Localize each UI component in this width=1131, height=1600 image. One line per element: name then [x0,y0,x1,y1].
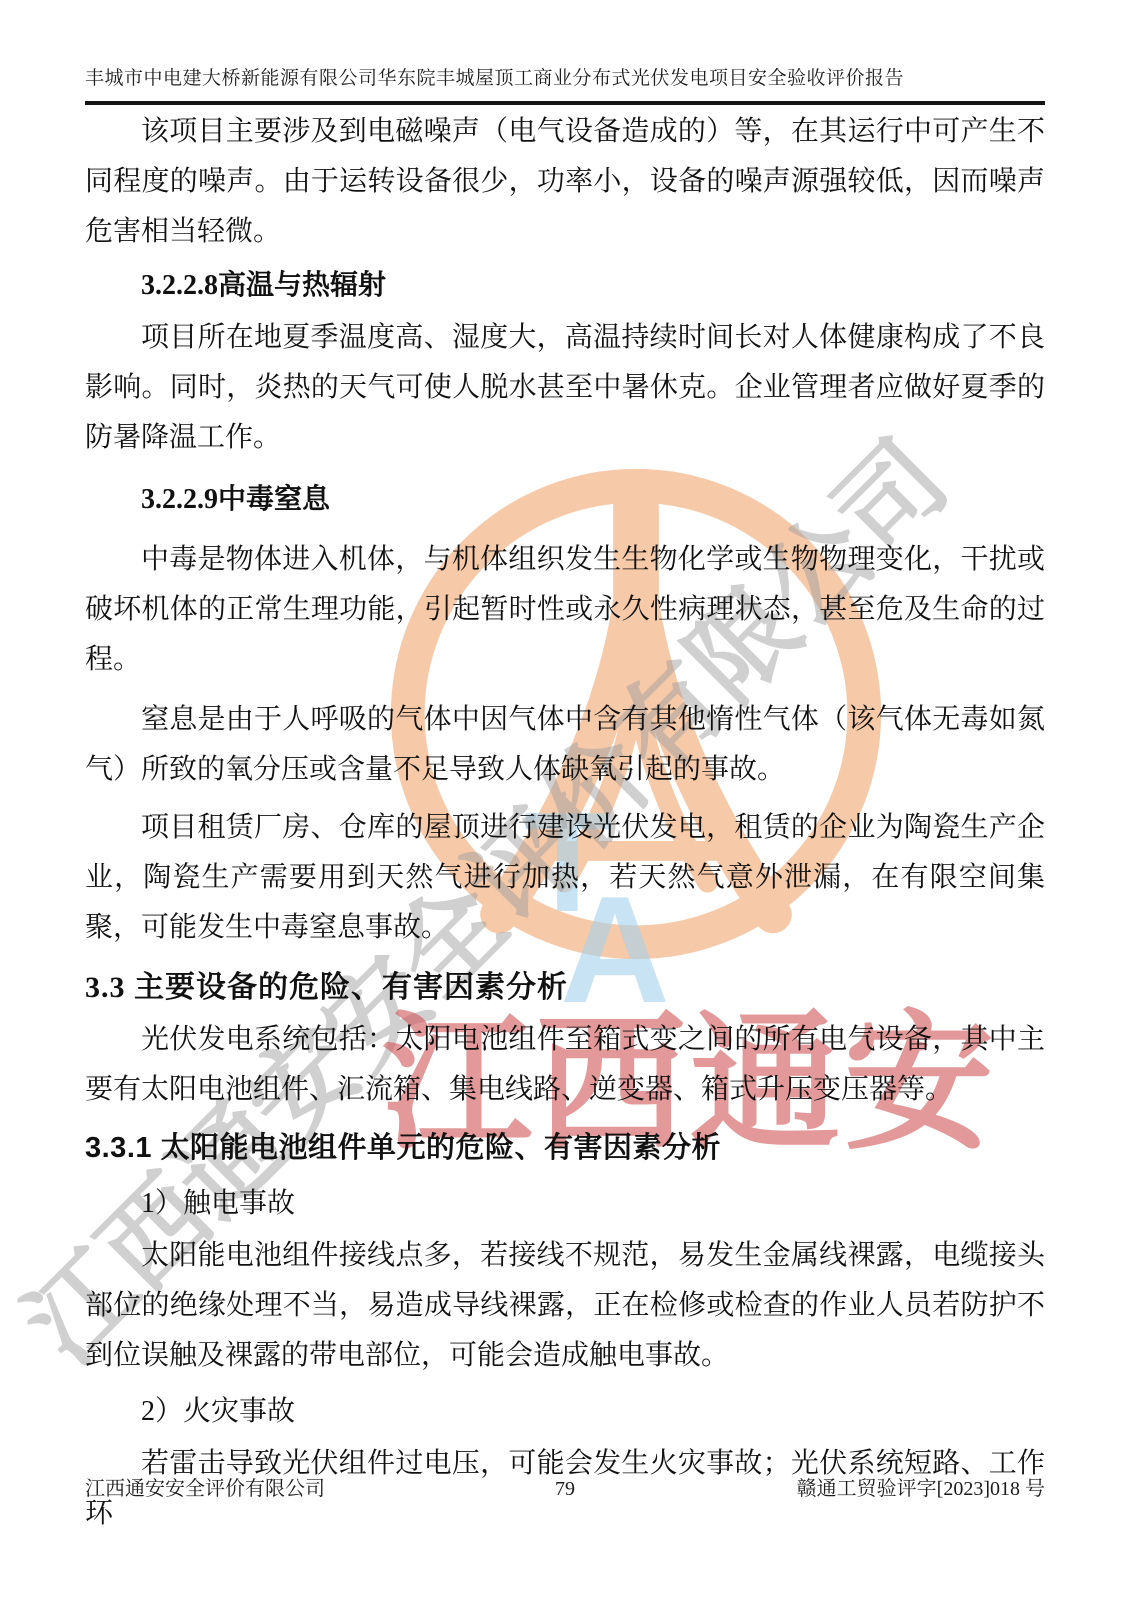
heading-3-3-equipment-hazards: 3.3 主要设备的危险、有害因素分析 [85,963,1045,1013]
heading-3-2-2-8-heat-radiation: 3.2.2.8高温与热辐射 [85,261,1045,311]
document-page: T A 江西通安安全评价有限公司 江西通安 丰城市中电建大桥新能源有限公司华东院… [0,0,1131,1600]
page-content: 丰城市中电建大桥新能源有限公司华东院丰城屋顶工商业分布式光伏发电项目安全验收评价… [85,66,1045,1539]
paragraph-pv-system: 光伏发电系统包括：太阳电池组件至箱式变之间的所有电气设备，其中主要有太阳电池组件… [85,1015,1045,1115]
paragraph-asphyxia: 窒息是由于人呼吸的气体中因气体中含有其他惰性气体（该气体无毒如氮气）所致的氧分压… [85,695,1045,795]
paragraph-leased-plant: 项目租赁厂房、仓库的屋顶进行建设光伏发电，租赁的企业为陶瓷生产企业，陶瓷生产需要… [85,803,1045,953]
footer-document-number: 赣通工贸验评字[2023]018 号 [797,1476,1045,1502]
heading-3-2-2-9-poison-asphyxia: 3.2.2.9中毒窒息 [85,475,1045,525]
footer-page-number: 79 [555,1476,575,1502]
footer-company-name: 江西通安安全评价有限公司 [85,1476,325,1502]
list-item-electric-shock: 1）触电事故 [85,1179,1045,1229]
paragraph-heat: 项目所在地夏季温度高、湿度大，高温持续时间长对人体健康构成了不良影响。同时，炎热… [85,313,1045,463]
paragraph-poison: 中毒是物体进入机体，与机体组织发生生物化学或生物物理变化，干扰或破坏机体的正常生… [85,535,1045,685]
heading-3-3-1-module-hazards: 3.3.1 太阳能电池组件单元的危险、有害因素分析 [85,1123,1045,1173]
list-item-fire: 2）火灾事故 [85,1387,1045,1437]
paragraph-electric-shock: 太阳能电池组件接线点多，若接线不规范，易发生金属线裸露，电缆接头部位的绝缘处理不… [85,1231,1045,1381]
paragraph-noise: 该项目主要涉及到电磁噪声（电气设备造成的）等，在其运行中可产生不同程度的噪声。由… [85,107,1045,257]
report-header-title: 丰城市中电建大桥新能源有限公司华东院丰城屋顶工商业分布式光伏发电项目安全验收评价… [85,66,1045,105]
